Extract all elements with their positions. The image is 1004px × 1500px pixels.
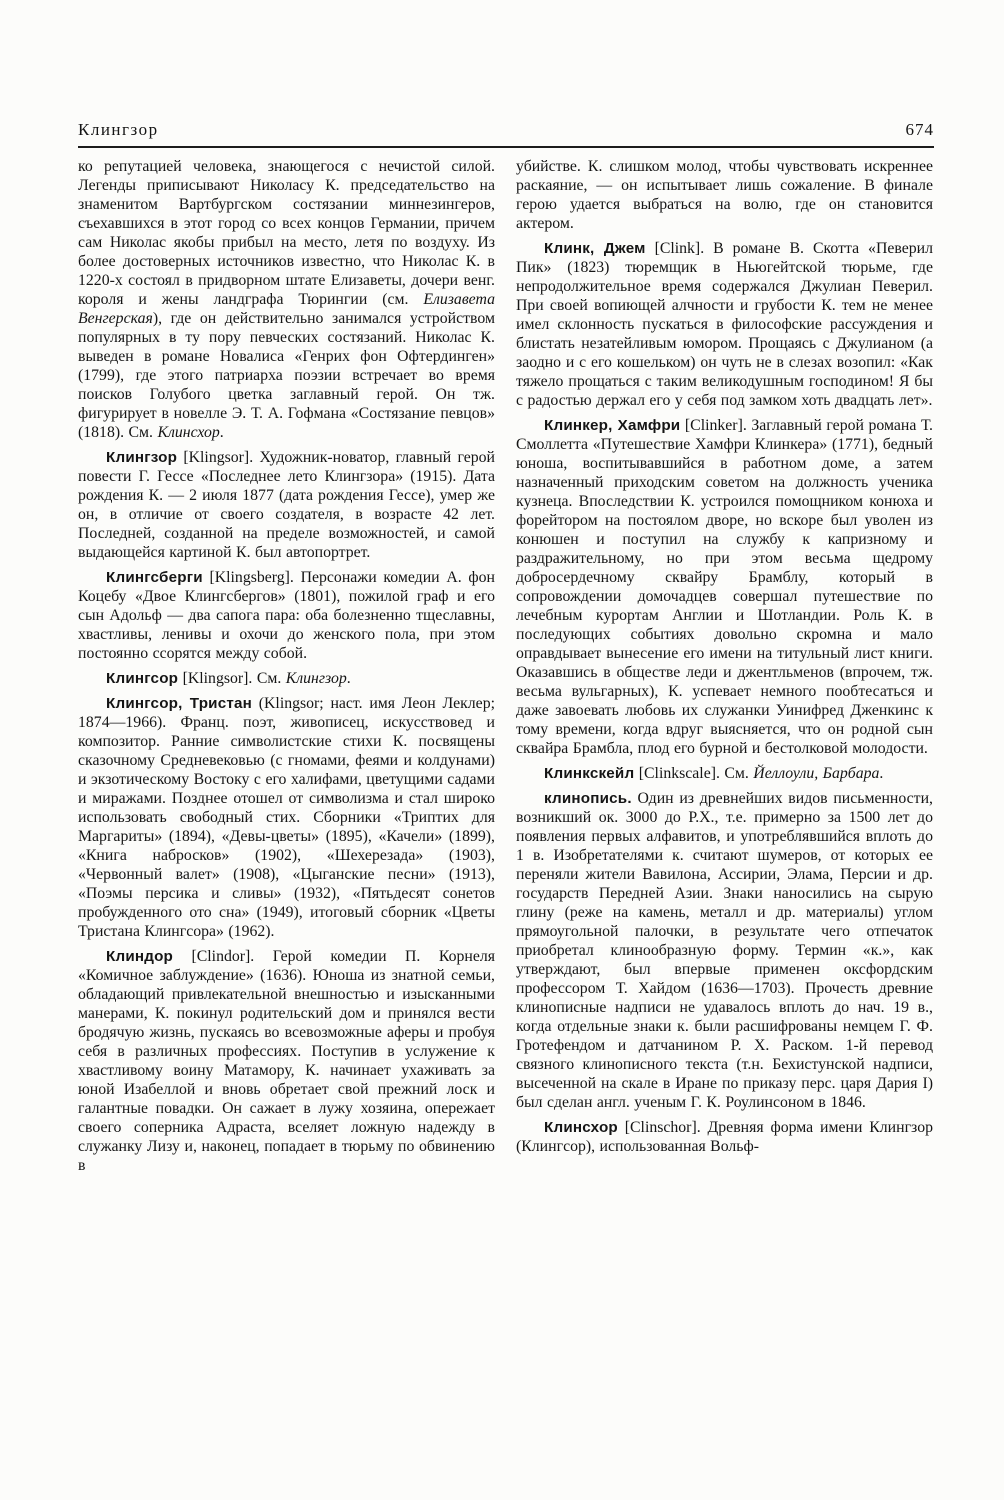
entry-klingsor-cross-reference: Клингсор [Klingsor]. См. Клингзор. [78,669,495,688]
entry-headword: Клиндор [106,948,173,965]
entry-headword: клинопись. [544,790,632,807]
running-head: Клингзор [78,120,159,140]
entry-headword: Клинкер, Хамфри [544,417,680,434]
entry-klindor: Клиндор [Clindor]. Герой комедии П. Корн… [78,947,495,1175]
text-column-right: убийстве. К. слишком молод, чтобы чувств… [516,157,933,1175]
entry-continuation-klingzor-nicholas: ко репутацией человека, знающегося с неч… [78,157,495,442]
entry-klingsor-tristan: Клингсор, Тристан (Klingsor; наст. имя Л… [78,694,495,941]
entry-klinshor: Клинсхор [Clinschor]. Древняя форма имен… [516,1118,933,1156]
page-header: Клингзор 674 [78,120,934,140]
entry-klinopis: клинопись. Один из древнейших видов пись… [516,789,933,1112]
entry-klink-jem: Клинк, Джем [Clink]. В романе В. Скотта … [516,239,933,410]
text-segment: . [347,670,351,687]
entry-headword: Клинсхор [544,1119,618,1136]
text-segment: [Klingsor]. См. [178,670,286,687]
header-rule [78,146,934,148]
entry-klingzor-hesse: Клингзор [Klingsor]. Художник-новатор, г… [78,448,495,562]
text-segment: убийстве. К. слишком молод, чтобы чувств… [516,158,933,232]
entry-headword: Клинкскейл [544,765,634,782]
text-segment: Один из древнейших видов письменности, в… [516,790,933,1111]
text-segment: [Clinker]. Заглавный герой романа Т. Смо… [516,417,933,757]
entry-headword: Клингсберги [106,569,203,586]
text-segment: ), где он действительно занимался устрой… [78,310,495,441]
entry-klinkscale: Клинкскейл [Clinkscale]. См. Йеллоули, Б… [516,764,933,783]
page-number: 674 [906,120,935,140]
entry-headword: Клинк, Джем [544,240,646,257]
entry-headword: Клингзор [106,449,177,466]
text-segment: ко репутацией человека, знающегося с неч… [78,158,495,308]
entry-klinker-humphry: Клинкер, Хамфри [Clinker]. Заглавный гер… [516,416,933,758]
entry-klindor-continuation: убийстве. К. слишком молод, чтобы чувств… [516,157,933,233]
text-segment: Йеллоули, Барбара [753,765,879,782]
entry-klingsbergi: Клингсберги [Klingsberg]. Персонажи коме… [78,568,495,663]
encyclopedia-page: Клингзор 674 ко репутацией человека, зна… [0,0,1004,1500]
text-segment: Клингзор [286,670,347,687]
entry-headword: Клингсор [106,670,178,687]
text-segment: [Clindor]. Герой комедии П. Корнеля «Ком… [78,948,495,1174]
text-columns: ко репутацией человека, знающегося с неч… [78,157,934,1175]
text-segment: [Clink]. В романе В. Скотта «Певерил Пик… [516,240,933,409]
text-segment: (Klingsor; наст. имя Леон Леклер; 1874—1… [78,695,495,940]
text-segment: . [879,765,883,782]
entry-headword: Клингсор, Тристан [106,695,252,712]
text-segment: [Clinkscale]. См. [634,765,753,782]
text-column-left: ко репутацией человека, знающегося с неч… [78,157,495,1175]
text-segment: . [220,424,224,441]
text-segment: Клинсхор [157,424,219,441]
